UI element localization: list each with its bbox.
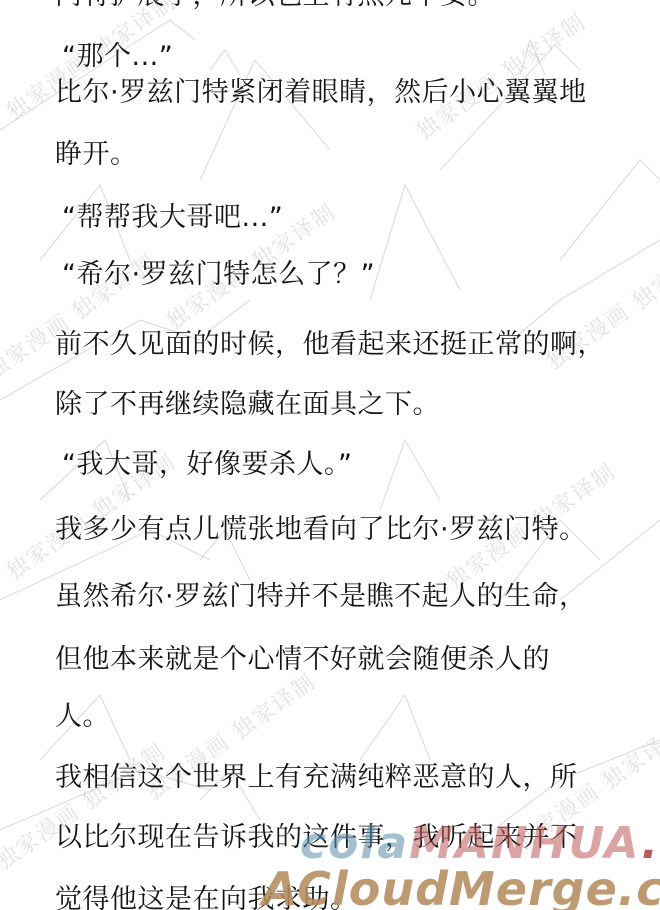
text-line: 比尔·罗兹门特紧闭着眼睛，然后小心翼翼地 bbox=[55, 77, 587, 109]
text-line: “那个...” bbox=[62, 41, 173, 73]
text-line: 但他本来就是个心情不好就会随便杀人的 bbox=[55, 644, 550, 676]
text-line: 我相信这个世界上有充满纯粹恶意的人，所 bbox=[55, 762, 578, 794]
text-line: “帮帮我大哥吧...” bbox=[62, 202, 283, 234]
text-line: 睁开。 bbox=[55, 139, 138, 171]
text-line: 前不久见面的时候，他看起来还挺正常的啊， bbox=[55, 329, 605, 361]
brand-watermark-acloudmerge: ACloudMerge.com bbox=[262, 862, 660, 910]
text-line: 我多少有点儿慌张地看向了比尔·罗兹门特。 bbox=[55, 514, 587, 546]
text-line: 虽然希尔·罗兹门特并不是瞧不起人的生命， bbox=[55, 581, 587, 613]
text-line: “我大哥，好像要杀人。” bbox=[62, 449, 352, 481]
watermark-text: 独家漫画 独家译制 bbox=[409, 5, 591, 146]
watermark-text: 独家漫画 独家译制 bbox=[0, 735, 172, 876]
text-line: 除了不再继续隐藏在面具之下。 bbox=[55, 389, 440, 421]
text-line: 门将扩展了，所以也上有点儿不安。 bbox=[55, 0, 495, 12]
text-line: “希尔·罗兹门特怎么了？” bbox=[62, 259, 375, 291]
text-line: 人。 bbox=[55, 701, 110, 733]
